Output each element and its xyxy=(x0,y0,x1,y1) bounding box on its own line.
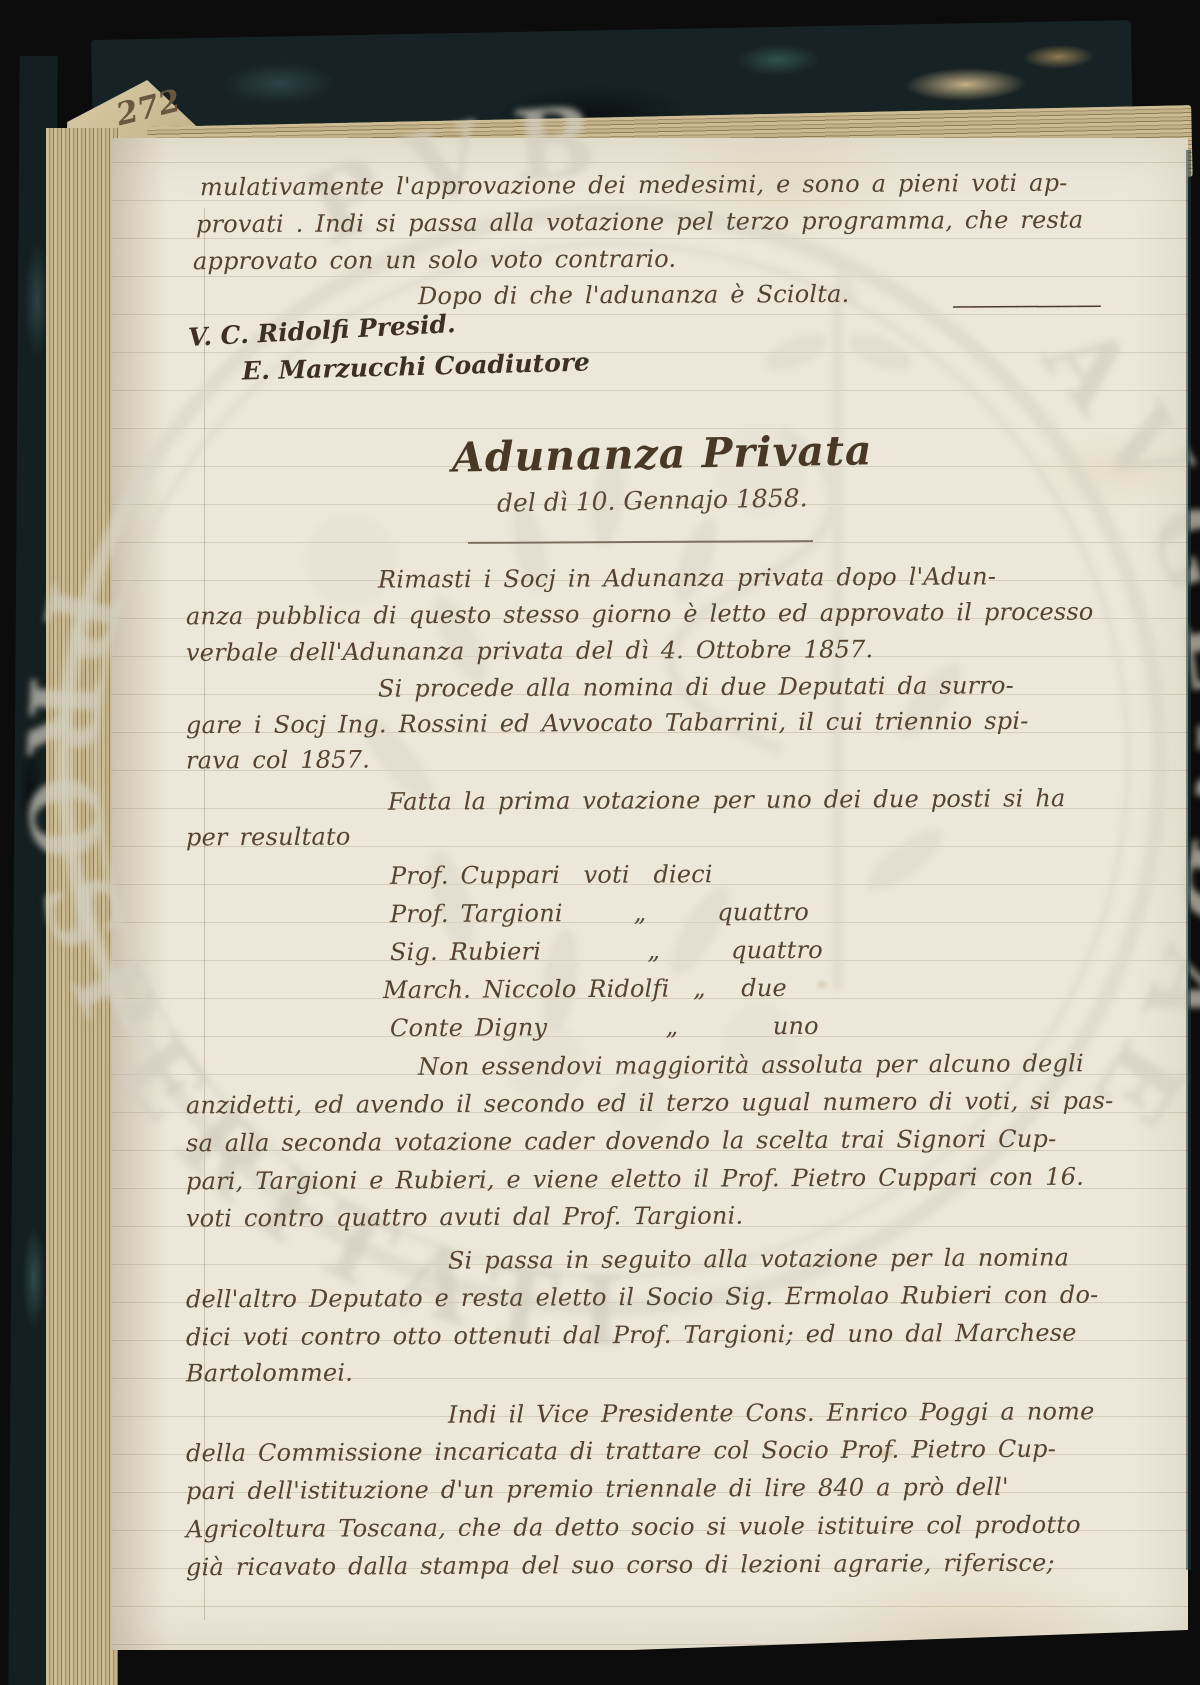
signature-president: V. C. Ridolfi Presid. xyxy=(187,309,456,352)
handwritten-line: Agricoltura Toscana, che da detto socio … xyxy=(186,1512,1081,1543)
handwritten-line: già ricavato dalla stampa del suo corso … xyxy=(186,1550,1055,1581)
handwritten-line: verbale dell'Adunanza privata del dì 4. … xyxy=(186,636,873,666)
handwritten-line: dell'altro Deputato e resta eletto il So… xyxy=(186,1282,1099,1313)
page-right-edge xyxy=(1186,150,1191,1570)
handwritten-line: voti contro quattro avuti dal Prof. Targ… xyxy=(186,1203,743,1232)
handwritten-line: approvato con un solo voto contrario. xyxy=(193,246,676,275)
handwritten-line: March. Niccolo Ridolfi „ due xyxy=(383,975,787,1004)
handwritten-line: Rimasti i Socj in Adunanza privata dopo … xyxy=(378,563,996,593)
handwritten-line: Si passa in seguito alla votazione per l… xyxy=(448,1244,1069,1274)
meeting-date: del dì 10. Gennajo 1858. xyxy=(497,483,808,517)
meeting-title: Adunanza Privata xyxy=(452,426,873,481)
handwritten-line: pari, Targioni e Rubieri, e viene eletto… xyxy=(186,1164,1084,1195)
handwritten-line: anzidetti, ed avendo il secondo ed il te… xyxy=(186,1088,1114,1119)
handwritten-line: gare i Socj Ing. Rossini ed Avvocato Tab… xyxy=(186,708,1029,739)
title-divider-rule xyxy=(468,540,813,544)
handwritten-line: mulativamente l'approvazione dei medesim… xyxy=(200,170,1068,201)
handwritten-line: ——————— xyxy=(952,292,1099,319)
handwritten-line: Prof. Targioni „ quattro xyxy=(390,899,809,928)
handwritten-line: provati . Indi si passa alla votazione p… xyxy=(196,207,1083,238)
handwritten-line: pari dell'istituzione d'un premio trienn… xyxy=(186,1474,1009,1505)
handwritten-line: Si procede alla nomina di due Deputati d… xyxy=(378,672,1014,702)
handwritten-line: dici voti contro otto ottenuti dal Prof.… xyxy=(186,1320,1077,1351)
handwriting-layer: 272 V. C. Ridolfi Presid. E. Marzucchi C… xyxy=(0,0,1200,1685)
page-number: 272 xyxy=(113,83,185,134)
handwritten-line: anza pubblica di questo stesso giorno è … xyxy=(186,599,1094,630)
handwritten-line: Non essendovi maggiorità assoluta per al… xyxy=(418,1050,1084,1080)
handwritten-line: Dopo di che l'adunanza è Sciolta. xyxy=(418,281,850,310)
handwritten-line: Bartolommei. xyxy=(186,1360,353,1387)
handwritten-line: Fatta la prima votazione per uno dei due… xyxy=(388,785,1066,815)
handwritten-line: rava col 1857. xyxy=(186,747,370,774)
handwritten-line: Conte Digny „ uno xyxy=(390,1013,819,1042)
handwritten-line: Prof. Cuppari voti dieci xyxy=(390,861,713,889)
signature-coadjutor: E. Marzucchi Coadiutore xyxy=(242,347,591,385)
handwritten-line: per resultato xyxy=(186,824,351,851)
handwritten-line: sa alla seconda votazione cader dovendo … xyxy=(186,1126,1056,1157)
handwritten-line: della Commissione incaricata di trattare… xyxy=(186,1436,1056,1467)
handwritten-line: Indi il Vice Presidente Cons. Enrico Pog… xyxy=(448,1398,1095,1428)
handwritten-line: Sig. Rubieri „ quattro xyxy=(390,937,823,966)
